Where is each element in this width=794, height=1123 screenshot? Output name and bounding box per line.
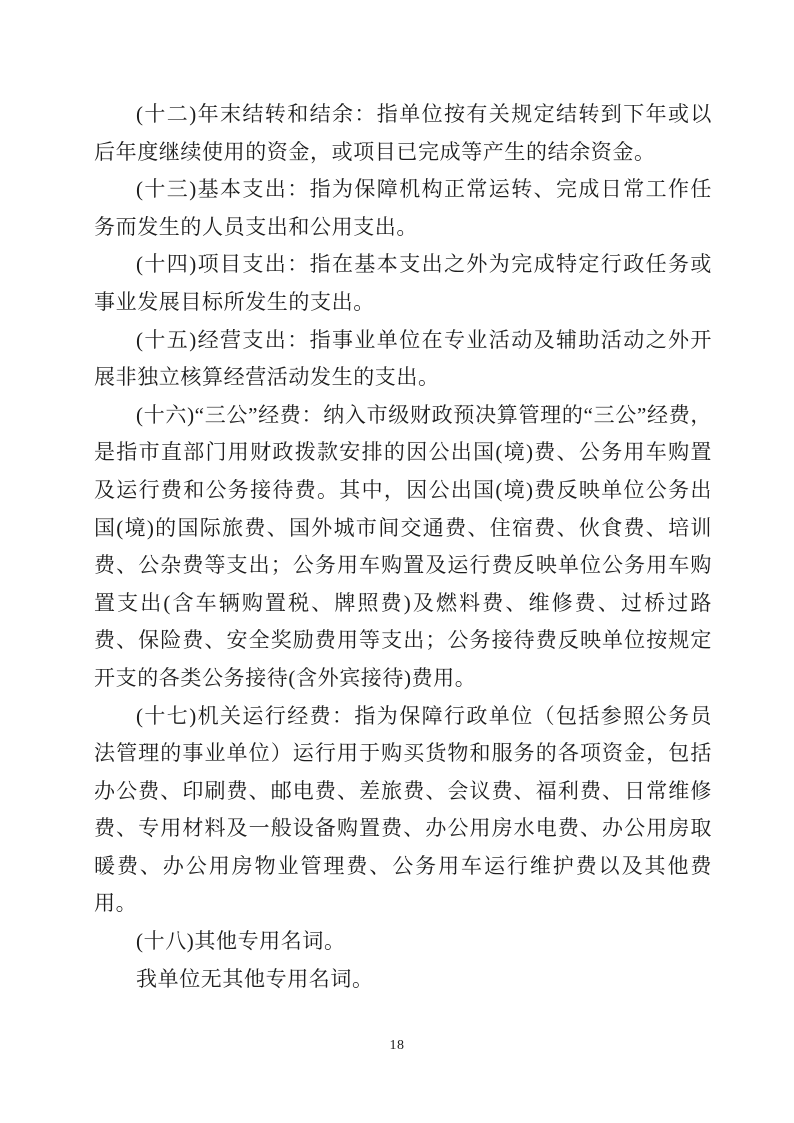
- paragraph-term-14: (十四)项目支出：指在基本支出之外为完成特定行政任务或事业发展目标所发生的支出。: [94, 246, 712, 321]
- document-body: (十二)年末结转和结余：指单位按有关规定结转到下年或以后年度继续使用的资金，或项…: [94, 96, 712, 998]
- page-footer: 18: [0, 1036, 794, 1054]
- paragraph-term-18: (十八)其他专用名词。: [94, 923, 712, 961]
- paragraph-closing-note: 我单位无其他专用名词。: [94, 961, 712, 999]
- paragraph-term-17: (十七)机关运行经费：指为保障行政单位（包括参照公务员法管理的事业单位）运行用于…: [94, 698, 712, 924]
- document-page: (十二)年末结转和结余：指单位按有关规定结转到下年或以后年度继续使用的资金，或项…: [0, 0, 794, 1123]
- paragraph-term-12: (十二)年末结转和结余：指单位按有关规定结转到下年或以后年度继续使用的资金，或项…: [94, 96, 712, 171]
- paragraph-term-13: (十三)基本支出：指为保障机构正常运转、完成日常工作任务而发生的人员支出和公用支…: [94, 171, 712, 246]
- paragraph-term-16: (十六)“三公”经费：纳入市级财政预决算管理的“三公”经费，是指市直部门用财政拨…: [94, 397, 712, 698]
- page-number: 18: [390, 1038, 405, 1053]
- paragraph-term-15: (十五)经营支出：指事业单位在专业活动及辅助活动之外开展非独立核算经营活动发生的…: [94, 322, 712, 397]
